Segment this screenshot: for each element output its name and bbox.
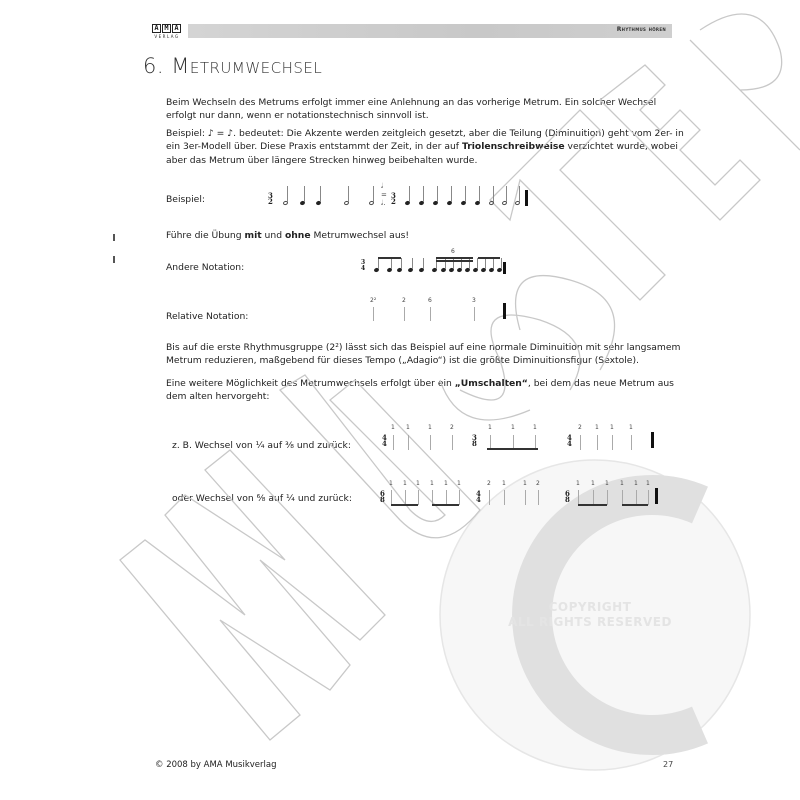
beat-number: 1 (576, 480, 580, 487)
note-stem (409, 186, 410, 202)
paragraph-switching: Eine weitere Möglichkeit des Metrumwechs… (166, 377, 686, 404)
beat-tick (474, 307, 475, 321)
final-barline (525, 190, 528, 206)
page-number: 27 (663, 760, 673, 769)
note-stem (391, 258, 392, 269)
paragraph-intro: Beim Wechseln des Metrums erfolgt immer … (166, 96, 686, 123)
beat-tick (525, 490, 526, 505)
beat-tick (446, 490, 447, 505)
note-stem (401, 258, 402, 269)
title-number: 6. (143, 54, 164, 78)
note-stem (378, 258, 379, 269)
beat-number: 1 (428, 424, 432, 431)
note-stem (479, 186, 480, 202)
beat-number: 1 (634, 480, 638, 487)
bold-term: Triolenschreibweise (462, 141, 565, 152)
beam (622, 504, 648, 506)
beat-number: 1 (646, 480, 650, 487)
beat-number: 2 (487, 480, 491, 487)
beat-number: 1 (391, 424, 395, 431)
beam (578, 504, 607, 506)
note-stem (501, 258, 502, 269)
title-text: Metrumwechsel (171, 54, 322, 78)
footer-copyright: © 2008 by AMA Musikverlag (155, 760, 276, 770)
relative-number: 2 (402, 297, 406, 304)
instruction-text: Führe die Übung mit und ohne Metrumwechs… (166, 229, 686, 242)
beat-number: 1 (605, 480, 609, 487)
note-stem (493, 186, 494, 202)
note-stem (437, 186, 438, 202)
tempo-equation: 𝅗𝅥 = 𝅗𝅥. (381, 182, 387, 208)
bold-term: ohne (285, 230, 311, 241)
section-label: Rhythmus hören (617, 26, 666, 33)
text-span: Metrumwechsel aus! (311, 230, 410, 241)
beam (436, 260, 473, 262)
beat-tick (612, 435, 613, 450)
note-stem (451, 186, 452, 202)
note-stem (423, 258, 424, 269)
logo-letter: A (152, 24, 161, 33)
beat-tick (593, 490, 594, 505)
note-stem (304, 186, 305, 202)
final-barline (655, 488, 658, 504)
time-signature: 44 (567, 435, 572, 447)
relative-notation-label: Relative Notation: (166, 311, 248, 322)
final-barline (503, 303, 506, 319)
example-label: Beispiel: (166, 194, 205, 205)
note-stem (477, 258, 478, 269)
time-signature: 32 (391, 193, 396, 205)
beat-tick (631, 435, 632, 450)
margin-mark (113, 234, 115, 241)
note-stem (493, 258, 494, 269)
time-signature: 44 (476, 491, 481, 503)
relative-number: 2² (370, 297, 376, 304)
beat-number: 1 (416, 480, 420, 487)
beat-tick (405, 490, 406, 505)
beat-number: 1 (403, 480, 407, 487)
beat-tick (538, 490, 539, 505)
beat-tick (580, 435, 581, 450)
final-barline (503, 262, 506, 274)
paragraph-example-explanation: Beispiel: ♪ = ♪. bedeutet: Die Akzente w… (166, 127, 686, 167)
beat-number: 1 (389, 480, 393, 487)
text-span: Eine weitere Möglichkeit des Metrumwechs… (166, 378, 455, 389)
beat-tick (578, 490, 579, 505)
note-stem (287, 186, 288, 202)
change-example-1-label: z. B. Wechsel von ¼ auf ⅜ und zurück: (172, 440, 351, 451)
other-notation-label: Andere Notation: (166, 262, 244, 273)
beat-number: 1 (629, 424, 633, 431)
beat-number: 1 (533, 424, 537, 431)
beam (487, 448, 538, 450)
beat-number: 1 (523, 480, 527, 487)
time-signature: 68 (380, 491, 385, 503)
time-signature: 32 (268, 193, 273, 205)
beat-tick (452, 435, 453, 450)
beat-number: 1 (457, 480, 461, 487)
note-stem (373, 186, 374, 202)
beat-tick (459, 490, 460, 505)
beat-tick (404, 307, 405, 321)
final-barline (651, 432, 654, 448)
relative-number: 6 (428, 297, 432, 304)
beat-number: 1 (406, 424, 410, 431)
beam (478, 257, 500, 259)
beat-number: 2 (536, 480, 540, 487)
page: A M A VERLAG Rhythmus hören 6. Metrumwec… (0, 0, 800, 800)
time-signature: 44 (382, 435, 387, 447)
logo-subtext: VERLAG (152, 34, 182, 39)
note-stem (320, 186, 321, 202)
beat-tick (607, 490, 608, 505)
note-stem (465, 186, 466, 202)
beat-number: 1 (595, 424, 599, 431)
page-title: 6. Metrumwechsel (143, 54, 322, 78)
beat-tick (636, 490, 637, 505)
beat-number: 1 (444, 480, 448, 487)
time-signature: 34 (361, 260, 365, 272)
bold-term: „Umschalten“ (455, 378, 528, 389)
watermark-copyright: COPYRIGHT ALL RIGHTS RESERVED (500, 600, 680, 630)
note-stem (485, 258, 486, 269)
beam (436, 257, 473, 259)
text-span: Führe die Übung (166, 230, 245, 241)
beat-tick (504, 490, 505, 505)
beat-tick (597, 435, 598, 450)
beam (432, 504, 459, 506)
note-stem (423, 186, 424, 202)
time-signature: 68 (565, 491, 570, 503)
beat-tick (648, 490, 649, 505)
header-bar: Rhythmus hören (188, 24, 672, 38)
note-stem (348, 186, 349, 202)
beat-number: 1 (610, 424, 614, 431)
beat-tick (393, 435, 394, 450)
beat-tick (430, 307, 431, 321)
beat-number: 1 (591, 480, 595, 487)
margin-mark (113, 256, 115, 263)
text-span: und (262, 230, 285, 241)
beat-tick (430, 435, 431, 450)
beat-number: 2 (578, 424, 582, 431)
beam (378, 257, 401, 259)
beat-number: 1 (430, 480, 434, 487)
beat-tick (489, 490, 490, 505)
beat-tick (408, 435, 409, 450)
beat-tick (432, 490, 433, 505)
note-stem (519, 186, 520, 202)
logo-letter: A (172, 24, 181, 33)
beat-number: 1 (502, 480, 506, 487)
beat-tick (418, 490, 419, 505)
time-signature: 38 (472, 435, 477, 447)
logo-letter: M (162, 24, 171, 33)
beat-number: 2 (450, 424, 454, 431)
bold-term: mit (245, 230, 262, 241)
beat-tick (622, 490, 623, 505)
beat-tick (391, 490, 392, 505)
note-stem (506, 186, 507, 202)
beat-number: 1 (620, 480, 624, 487)
ama-logo: A M A VERLAG (152, 24, 182, 40)
beat-number: 1 (511, 424, 515, 431)
beam (391, 504, 418, 506)
tuplet-number: 6 (451, 248, 455, 255)
beat-number: 1 (488, 424, 492, 431)
change-example-2-label: oder Wechsel von ⁶⁄₈ auf ¼ und zurück: (172, 493, 352, 504)
note-stem (412, 258, 413, 269)
relative-number: 3 (472, 297, 476, 304)
paragraph-reduction: Bis auf die erste Rhythmusgruppe (2²) lä… (166, 341, 686, 368)
beat-tick (373, 307, 374, 321)
